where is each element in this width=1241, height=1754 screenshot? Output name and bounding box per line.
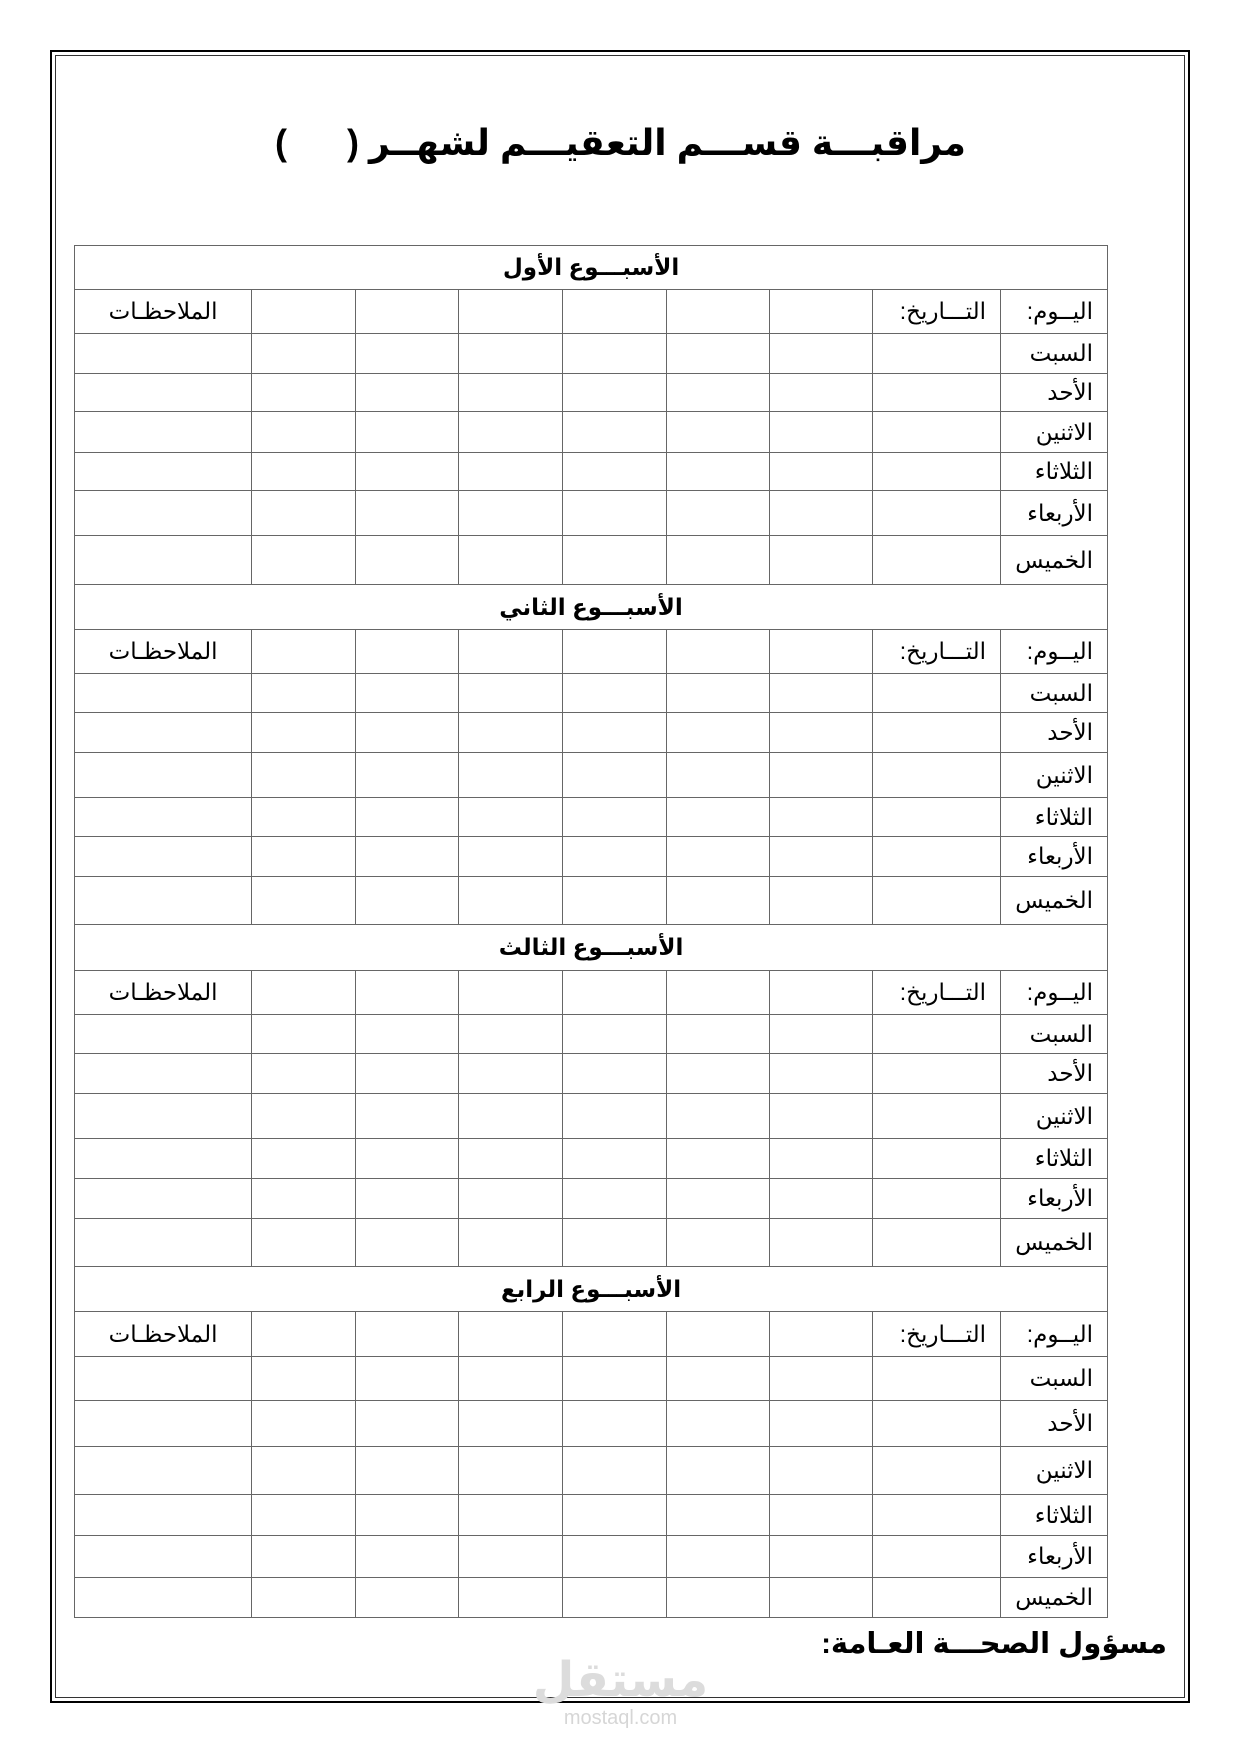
- check-cell[interactable]: [563, 1179, 667, 1219]
- week-title-row: الأسبـــوع الثاني: [75, 585, 1108, 630]
- day-label: الخميس: [1001, 877, 1108, 925]
- day-label: السبت: [1001, 674, 1108, 713]
- check-cell[interactable]: [770, 491, 873, 536]
- check-cell[interactable]: [667, 753, 770, 798]
- check-cell[interactable]: [252, 1401, 356, 1447]
- day-row: الخميس: [75, 536, 1108, 585]
- check-cell[interactable]: [563, 1139, 667, 1179]
- date-entry-cell[interactable]: [356, 630, 459, 674]
- check-cell[interactable]: [873, 1536, 1001, 1578]
- check-cell[interactable]: [563, 1054, 667, 1094]
- day-label: السبت: [1001, 1357, 1108, 1401]
- day-row: الثلاثاء: [75, 798, 1108, 837]
- check-cell[interactable]: [563, 798, 667, 837]
- check-cell[interactable]: [459, 713, 563, 753]
- check-cell[interactable]: [873, 334, 1001, 374]
- check-cell[interactable]: [667, 1139, 770, 1179]
- check-cell[interactable]: [459, 1401, 563, 1447]
- day-row: الأربعاء: [75, 1536, 1108, 1578]
- remarks-cell[interactable]: [75, 536, 252, 585]
- remarks-cell[interactable]: [75, 798, 252, 837]
- check-cell[interactable]: [770, 1094, 873, 1139]
- check-cell[interactable]: [356, 713, 459, 753]
- date-entry-cell[interactable]: [563, 630, 667, 674]
- check-cell[interactable]: [770, 374, 873, 412]
- remarks-cell[interactable]: [75, 1219, 252, 1267]
- check-cell[interactable]: [563, 1536, 667, 1578]
- check-cell[interactable]: [770, 877, 873, 925]
- check-cell[interactable]: [252, 1179, 356, 1219]
- day-label: الثلاثاء: [1001, 1139, 1108, 1179]
- date-entry-cell[interactable]: [356, 971, 459, 1015]
- check-cell[interactable]: [770, 1139, 873, 1179]
- check-cell[interactable]: [252, 713, 356, 753]
- check-cell[interactable]: [873, 1578, 1001, 1618]
- check-cell[interactable]: [667, 674, 770, 713]
- day-label: الأربعاء: [1001, 837, 1108, 877]
- check-cell[interactable]: [252, 1447, 356, 1495]
- check-cell[interactable]: [563, 674, 667, 713]
- day-label: الثلاثاء: [1001, 1495, 1108, 1536]
- week-title-row: الأسبـــوع الثالث: [75, 925, 1108, 971]
- check-cell[interactable]: [356, 1536, 459, 1578]
- week-title: الأسبـــوع الرابع: [75, 1267, 1108, 1312]
- date-entry-cell[interactable]: [252, 290, 356, 334]
- check-cell[interactable]: [252, 837, 356, 877]
- date-column-header: التـــاريخ:: [873, 630, 1001, 674]
- check-cell[interactable]: [252, 753, 356, 798]
- check-cell[interactable]: [252, 1015, 356, 1054]
- check-cell[interactable]: [356, 798, 459, 837]
- date-entry-cell[interactable]: [356, 1312, 459, 1357]
- check-cell[interactable]: [459, 798, 563, 837]
- day-column-header: اليــوم:: [1001, 1312, 1108, 1357]
- date-entry-cell[interactable]: [563, 971, 667, 1015]
- check-cell[interactable]: [252, 1054, 356, 1094]
- check-cell[interactable]: [252, 877, 356, 925]
- check-cell[interactable]: [459, 1578, 563, 1618]
- check-cell[interactable]: [873, 1094, 1001, 1139]
- date-entry-cell[interactable]: [667, 290, 770, 334]
- check-cell[interactable]: [459, 334, 563, 374]
- day-row: الاثنين: [75, 753, 1108, 798]
- check-cell[interactable]: [459, 374, 563, 412]
- check-cell[interactable]: [667, 453, 770, 491]
- date-column-header: التـــاريخ:: [873, 971, 1001, 1015]
- check-cell[interactable]: [667, 1179, 770, 1219]
- day-label: الاثنين: [1001, 412, 1108, 453]
- check-cell[interactable]: [873, 753, 1001, 798]
- remarks-cell[interactable]: [75, 1401, 252, 1447]
- week-title: الأسبـــوع الثالث: [75, 925, 1108, 971]
- check-cell[interactable]: [873, 374, 1001, 412]
- check-cell[interactable]: [563, 374, 667, 412]
- check-cell[interactable]: [459, 1536, 563, 1578]
- check-cell[interactable]: [873, 1179, 1001, 1219]
- check-cell[interactable]: [459, 1219, 563, 1267]
- remarks-cell[interactable]: [75, 1578, 252, 1618]
- check-cell[interactable]: [770, 798, 873, 837]
- check-cell[interactable]: [770, 1495, 873, 1536]
- check-cell[interactable]: [356, 1094, 459, 1139]
- day-row: الأحد: [75, 713, 1108, 753]
- day-column-header: اليــوم:: [1001, 630, 1108, 674]
- check-cell[interactable]: [873, 798, 1001, 837]
- check-cell[interactable]: [459, 1139, 563, 1179]
- date-entry-cell[interactable]: [667, 971, 770, 1015]
- check-cell[interactable]: [252, 1139, 356, 1179]
- day-label: الأربعاء: [1001, 491, 1108, 536]
- remarks-column-header: الملاحظـات: [75, 630, 252, 674]
- day-label: الاثنين: [1001, 753, 1108, 798]
- check-cell[interactable]: [873, 713, 1001, 753]
- check-cell[interactable]: [252, 1357, 356, 1401]
- check-cell[interactable]: [252, 1094, 356, 1139]
- date-entry-cell[interactable]: [770, 1312, 873, 1357]
- check-cell[interactable]: [873, 1447, 1001, 1495]
- check-cell[interactable]: [459, 453, 563, 491]
- day-row: السبت: [75, 674, 1108, 713]
- check-cell[interactable]: [770, 536, 873, 585]
- remarks-cell[interactable]: [75, 837, 252, 877]
- page-title: مراقبـــة قســـم التعقيـــم لشهــر (): [0, 118, 1241, 168]
- check-cell[interactable]: [770, 1401, 873, 1447]
- check-cell[interactable]: [770, 453, 873, 491]
- check-cell[interactable]: [667, 798, 770, 837]
- remarks-cell[interactable]: [75, 1054, 252, 1094]
- check-cell[interactable]: [252, 536, 356, 585]
- watermark-arabic: مستقل: [0, 1655, 1241, 1707]
- check-cell[interactable]: [873, 1357, 1001, 1401]
- check-cell[interactable]: [563, 1495, 667, 1536]
- check-cell[interactable]: [873, 674, 1001, 713]
- day-label: الثلاثاء: [1001, 453, 1108, 491]
- check-cell[interactable]: [563, 753, 667, 798]
- remarks-cell[interactable]: [75, 374, 252, 412]
- check-cell[interactable]: [563, 536, 667, 585]
- check-cell[interactable]: [667, 334, 770, 374]
- check-cell[interactable]: [459, 412, 563, 453]
- date-entry-cell[interactable]: [667, 1312, 770, 1357]
- day-row: الاثنين: [75, 1447, 1108, 1495]
- day-label: الأحد: [1001, 374, 1108, 412]
- check-cell[interactable]: [356, 334, 459, 374]
- check-cell[interactable]: [563, 1401, 667, 1447]
- check-cell[interactable]: [770, 837, 873, 877]
- check-cell[interactable]: [252, 798, 356, 837]
- check-cell[interactable]: [252, 1219, 356, 1267]
- day-label: الاثنين: [1001, 1094, 1108, 1139]
- monitoring-table: الأسبـــوع الأولاليــوم:التـــاريخ:الملا…: [74, 245, 1108, 1618]
- check-cell[interactable]: [667, 713, 770, 753]
- check-cell[interactable]: [667, 412, 770, 453]
- check-cell[interactable]: [252, 674, 356, 713]
- check-cell[interactable]: [459, 877, 563, 925]
- check-cell[interactable]: [459, 1054, 563, 1094]
- check-cell[interactable]: [252, 334, 356, 374]
- check-cell[interactable]: [873, 1401, 1001, 1447]
- day-label: الخميس: [1001, 1578, 1108, 1618]
- check-cell[interactable]: [667, 1015, 770, 1054]
- remarks-column-header: الملاحظـات: [75, 971, 252, 1015]
- watermark-latin: mostaql.com: [0, 1707, 1241, 1729]
- watermark: مستقل mostaql.com: [0, 1655, 1241, 1729]
- check-cell[interactable]: [873, 412, 1001, 453]
- day-label: الثلاثاء: [1001, 798, 1108, 837]
- check-cell[interactable]: [563, 412, 667, 453]
- day-label: الخميس: [1001, 536, 1108, 585]
- day-row: الأربعاء: [75, 491, 1108, 536]
- check-cell[interactable]: [252, 491, 356, 536]
- check-cell[interactable]: [563, 1578, 667, 1618]
- check-cell[interactable]: [356, 1447, 459, 1495]
- check-cell[interactable]: [459, 1357, 563, 1401]
- week-title-row: الأسبـــوع الأول: [75, 246, 1108, 290]
- check-cell[interactable]: [873, 1054, 1001, 1094]
- check-cell[interactable]: [563, 334, 667, 374]
- check-cell[interactable]: [356, 753, 459, 798]
- date-entry-cell[interactable]: [667, 630, 770, 674]
- check-cell[interactable]: [770, 334, 873, 374]
- day-row: الأربعاء: [75, 837, 1108, 877]
- week-title-row: الأسبـــوع الرابع: [75, 1267, 1108, 1312]
- remarks-column-header: الملاحظـات: [75, 290, 252, 334]
- remarks-cell[interactable]: [75, 1179, 252, 1219]
- day-column-header: اليــوم:: [1001, 290, 1108, 334]
- check-cell[interactable]: [770, 1536, 873, 1578]
- day-row: الأحد: [75, 374, 1108, 412]
- day-row: الخميس: [75, 1578, 1108, 1618]
- check-cell[interactable]: [356, 1219, 459, 1267]
- check-cell[interactable]: [667, 1094, 770, 1139]
- check-cell[interactable]: [770, 674, 873, 713]
- check-cell[interactable]: [252, 1536, 356, 1578]
- week-title: الأسبـــوع الأول: [75, 246, 1108, 290]
- date-entry-cell[interactable]: [459, 630, 563, 674]
- check-cell[interactable]: [252, 412, 356, 453]
- check-cell[interactable]: [356, 1578, 459, 1618]
- week-header-row: اليــوم:التـــاريخ:الملاحظـات: [75, 971, 1108, 1015]
- remarks-cell[interactable]: [75, 1536, 252, 1578]
- check-cell[interactable]: [770, 1578, 873, 1618]
- remarks-cell[interactable]: [75, 1094, 252, 1139]
- check-cell[interactable]: [563, 1357, 667, 1401]
- check-cell[interactable]: [356, 536, 459, 585]
- page-title-text: مراقبـــة قســـم التعقيـــم لشهــر: [369, 122, 966, 163]
- check-cell[interactable]: [356, 1139, 459, 1179]
- date-entry-cell[interactable]: [563, 1312, 667, 1357]
- remarks-cell[interactable]: [75, 1139, 252, 1179]
- check-cell[interactable]: [770, 412, 873, 453]
- date-entry-cell[interactable]: [459, 971, 563, 1015]
- check-cell[interactable]: [563, 877, 667, 925]
- check-cell[interactable]: [563, 1219, 667, 1267]
- check-cell[interactable]: [459, 753, 563, 798]
- check-cell[interactable]: [252, 1578, 356, 1618]
- week-header-row: اليــوم:التـــاريخ:الملاحظـات: [75, 1312, 1108, 1357]
- day-row: الخميس: [75, 877, 1108, 925]
- check-cell[interactable]: [667, 1536, 770, 1578]
- date-entry-cell[interactable]: [563, 290, 667, 334]
- day-column-header: اليــوم:: [1001, 971, 1108, 1015]
- check-cell[interactable]: [459, 491, 563, 536]
- check-cell[interactable]: [563, 1447, 667, 1495]
- day-row: الثلاثاء: [75, 453, 1108, 491]
- date-entry-cell[interactable]: [770, 290, 873, 334]
- check-cell[interactable]: [356, 491, 459, 536]
- date-column-header: التـــاريخ:: [873, 290, 1001, 334]
- check-cell[interactable]: [873, 1219, 1001, 1267]
- day-label: الأربعاء: [1001, 1179, 1108, 1219]
- check-cell[interactable]: [356, 1015, 459, 1054]
- check-cell[interactable]: [356, 1401, 459, 1447]
- check-cell[interactable]: [770, 1179, 873, 1219]
- remarks-cell[interactable]: [75, 491, 252, 536]
- week-header-row: اليــوم:التـــاريخ:الملاحظـات: [75, 290, 1108, 334]
- remarks-cell[interactable]: [75, 412, 252, 453]
- check-cell[interactable]: [873, 877, 1001, 925]
- check-cell[interactable]: [356, 1054, 459, 1094]
- check-cell[interactable]: [667, 1578, 770, 1618]
- check-cell[interactable]: [356, 674, 459, 713]
- check-cell[interactable]: [563, 837, 667, 877]
- check-cell[interactable]: [770, 1357, 873, 1401]
- remarks-column-header: الملاحظـات: [75, 1312, 252, 1357]
- day-label: الاثنين: [1001, 1447, 1108, 1495]
- check-cell[interactable]: [667, 837, 770, 877]
- day-row: الاثنين: [75, 412, 1108, 453]
- day-row: الأحد: [75, 1054, 1108, 1094]
- date-entry-cell[interactable]: [459, 290, 563, 334]
- check-cell[interactable]: [667, 1447, 770, 1495]
- remarks-cell[interactable]: [75, 674, 252, 713]
- check-cell[interactable]: [667, 877, 770, 925]
- check-cell[interactable]: [356, 1357, 459, 1401]
- check-cell[interactable]: [770, 753, 873, 798]
- check-cell[interactable]: [770, 1015, 873, 1054]
- check-cell[interactable]: [667, 1401, 770, 1447]
- check-cell[interactable]: [459, 1447, 563, 1495]
- week-header-row: اليــوم:التـــاريخ:الملاحظـات: [75, 630, 1108, 674]
- check-cell[interactable]: [667, 491, 770, 536]
- check-cell[interactable]: [252, 374, 356, 412]
- check-cell[interactable]: [770, 1219, 873, 1267]
- day-row: السبت: [75, 1015, 1108, 1054]
- day-label: الأحد: [1001, 1401, 1108, 1447]
- date-entry-cell[interactable]: [252, 971, 356, 1015]
- check-cell[interactable]: [252, 453, 356, 491]
- check-cell[interactable]: [667, 1219, 770, 1267]
- check-cell[interactable]: [356, 1179, 459, 1219]
- day-row: الثلاثاء: [75, 1139, 1108, 1179]
- day-row: الأربعاء: [75, 1179, 1108, 1219]
- check-cell[interactable]: [667, 1495, 770, 1536]
- day-row: الاثنين: [75, 1094, 1108, 1139]
- day-label: الأربعاء: [1001, 1536, 1108, 1578]
- check-cell[interactable]: [873, 491, 1001, 536]
- day-label: الأحد: [1001, 1054, 1108, 1094]
- check-cell[interactable]: [770, 1447, 873, 1495]
- check-cell[interactable]: [459, 1495, 563, 1536]
- remarks-cell[interactable]: [75, 713, 252, 753]
- date-entry-cell[interactable]: [770, 971, 873, 1015]
- check-cell[interactable]: [873, 536, 1001, 585]
- check-cell[interactable]: [667, 1054, 770, 1094]
- day-label: الخميس: [1001, 1219, 1108, 1267]
- day-row: الخميس: [75, 1219, 1108, 1267]
- title-close-paren: ): [275, 118, 287, 168]
- day-label: الأحد: [1001, 713, 1108, 753]
- remarks-cell[interactable]: [75, 1015, 252, 1054]
- date-entry-cell[interactable]: [356, 290, 459, 334]
- check-cell[interactable]: [356, 877, 459, 925]
- check-cell[interactable]: [563, 453, 667, 491]
- check-cell[interactable]: [873, 453, 1001, 491]
- check-cell[interactable]: [459, 837, 563, 877]
- check-cell[interactable]: [563, 713, 667, 753]
- check-cell[interactable]: [459, 1015, 563, 1054]
- check-cell[interactable]: [459, 674, 563, 713]
- date-entry-cell[interactable]: [459, 1312, 563, 1357]
- day-label: السبت: [1001, 334, 1108, 374]
- check-cell[interactable]: [667, 536, 770, 585]
- remarks-cell[interactable]: [75, 334, 252, 374]
- check-cell[interactable]: [563, 1015, 667, 1054]
- check-cell[interactable]: [667, 1357, 770, 1401]
- remarks-cell[interactable]: [75, 1447, 252, 1495]
- day-label: السبت: [1001, 1015, 1108, 1054]
- check-cell[interactable]: [356, 837, 459, 877]
- date-entry-cell[interactable]: [252, 630, 356, 674]
- date-entry-cell[interactable]: [252, 1312, 356, 1357]
- check-cell[interactable]: [356, 1495, 459, 1536]
- day-row: الثلاثاء: [75, 1495, 1108, 1536]
- check-cell[interactable]: [356, 453, 459, 491]
- check-cell[interactable]: [873, 1495, 1001, 1536]
- check-cell[interactable]: [873, 1015, 1001, 1054]
- check-cell[interactable]: [667, 374, 770, 412]
- check-cell[interactable]: [356, 412, 459, 453]
- check-cell[interactable]: [459, 1094, 563, 1139]
- date-entry-cell[interactable]: [770, 630, 873, 674]
- check-cell[interactable]: [770, 1054, 873, 1094]
- day-row: السبت: [75, 334, 1108, 374]
- check-cell[interactable]: [873, 1139, 1001, 1179]
- week-title: الأسبـــوع الثاني: [75, 585, 1108, 630]
- remarks-cell[interactable]: [75, 1357, 252, 1401]
- check-cell[interactable]: [873, 837, 1001, 877]
- check-cell[interactable]: [563, 491, 667, 536]
- remarks-cell[interactable]: [75, 877, 252, 925]
- remarks-cell[interactable]: [75, 753, 252, 798]
- check-cell[interactable]: [459, 1179, 563, 1219]
- title-open-paren: (: [347, 118, 359, 168]
- remarks-cell[interactable]: [75, 1495, 252, 1536]
- date-column-header: التـــاريخ:: [873, 1312, 1001, 1357]
- check-cell[interactable]: [356, 374, 459, 412]
- day-row: السبت: [75, 1357, 1108, 1401]
- check-cell[interactable]: [459, 536, 563, 585]
- check-cell[interactable]: [252, 1495, 356, 1536]
- day-row: الأحد: [75, 1401, 1108, 1447]
- check-cell[interactable]: [770, 713, 873, 753]
- check-cell[interactable]: [563, 1094, 667, 1139]
- remarks-cell[interactable]: [75, 453, 252, 491]
